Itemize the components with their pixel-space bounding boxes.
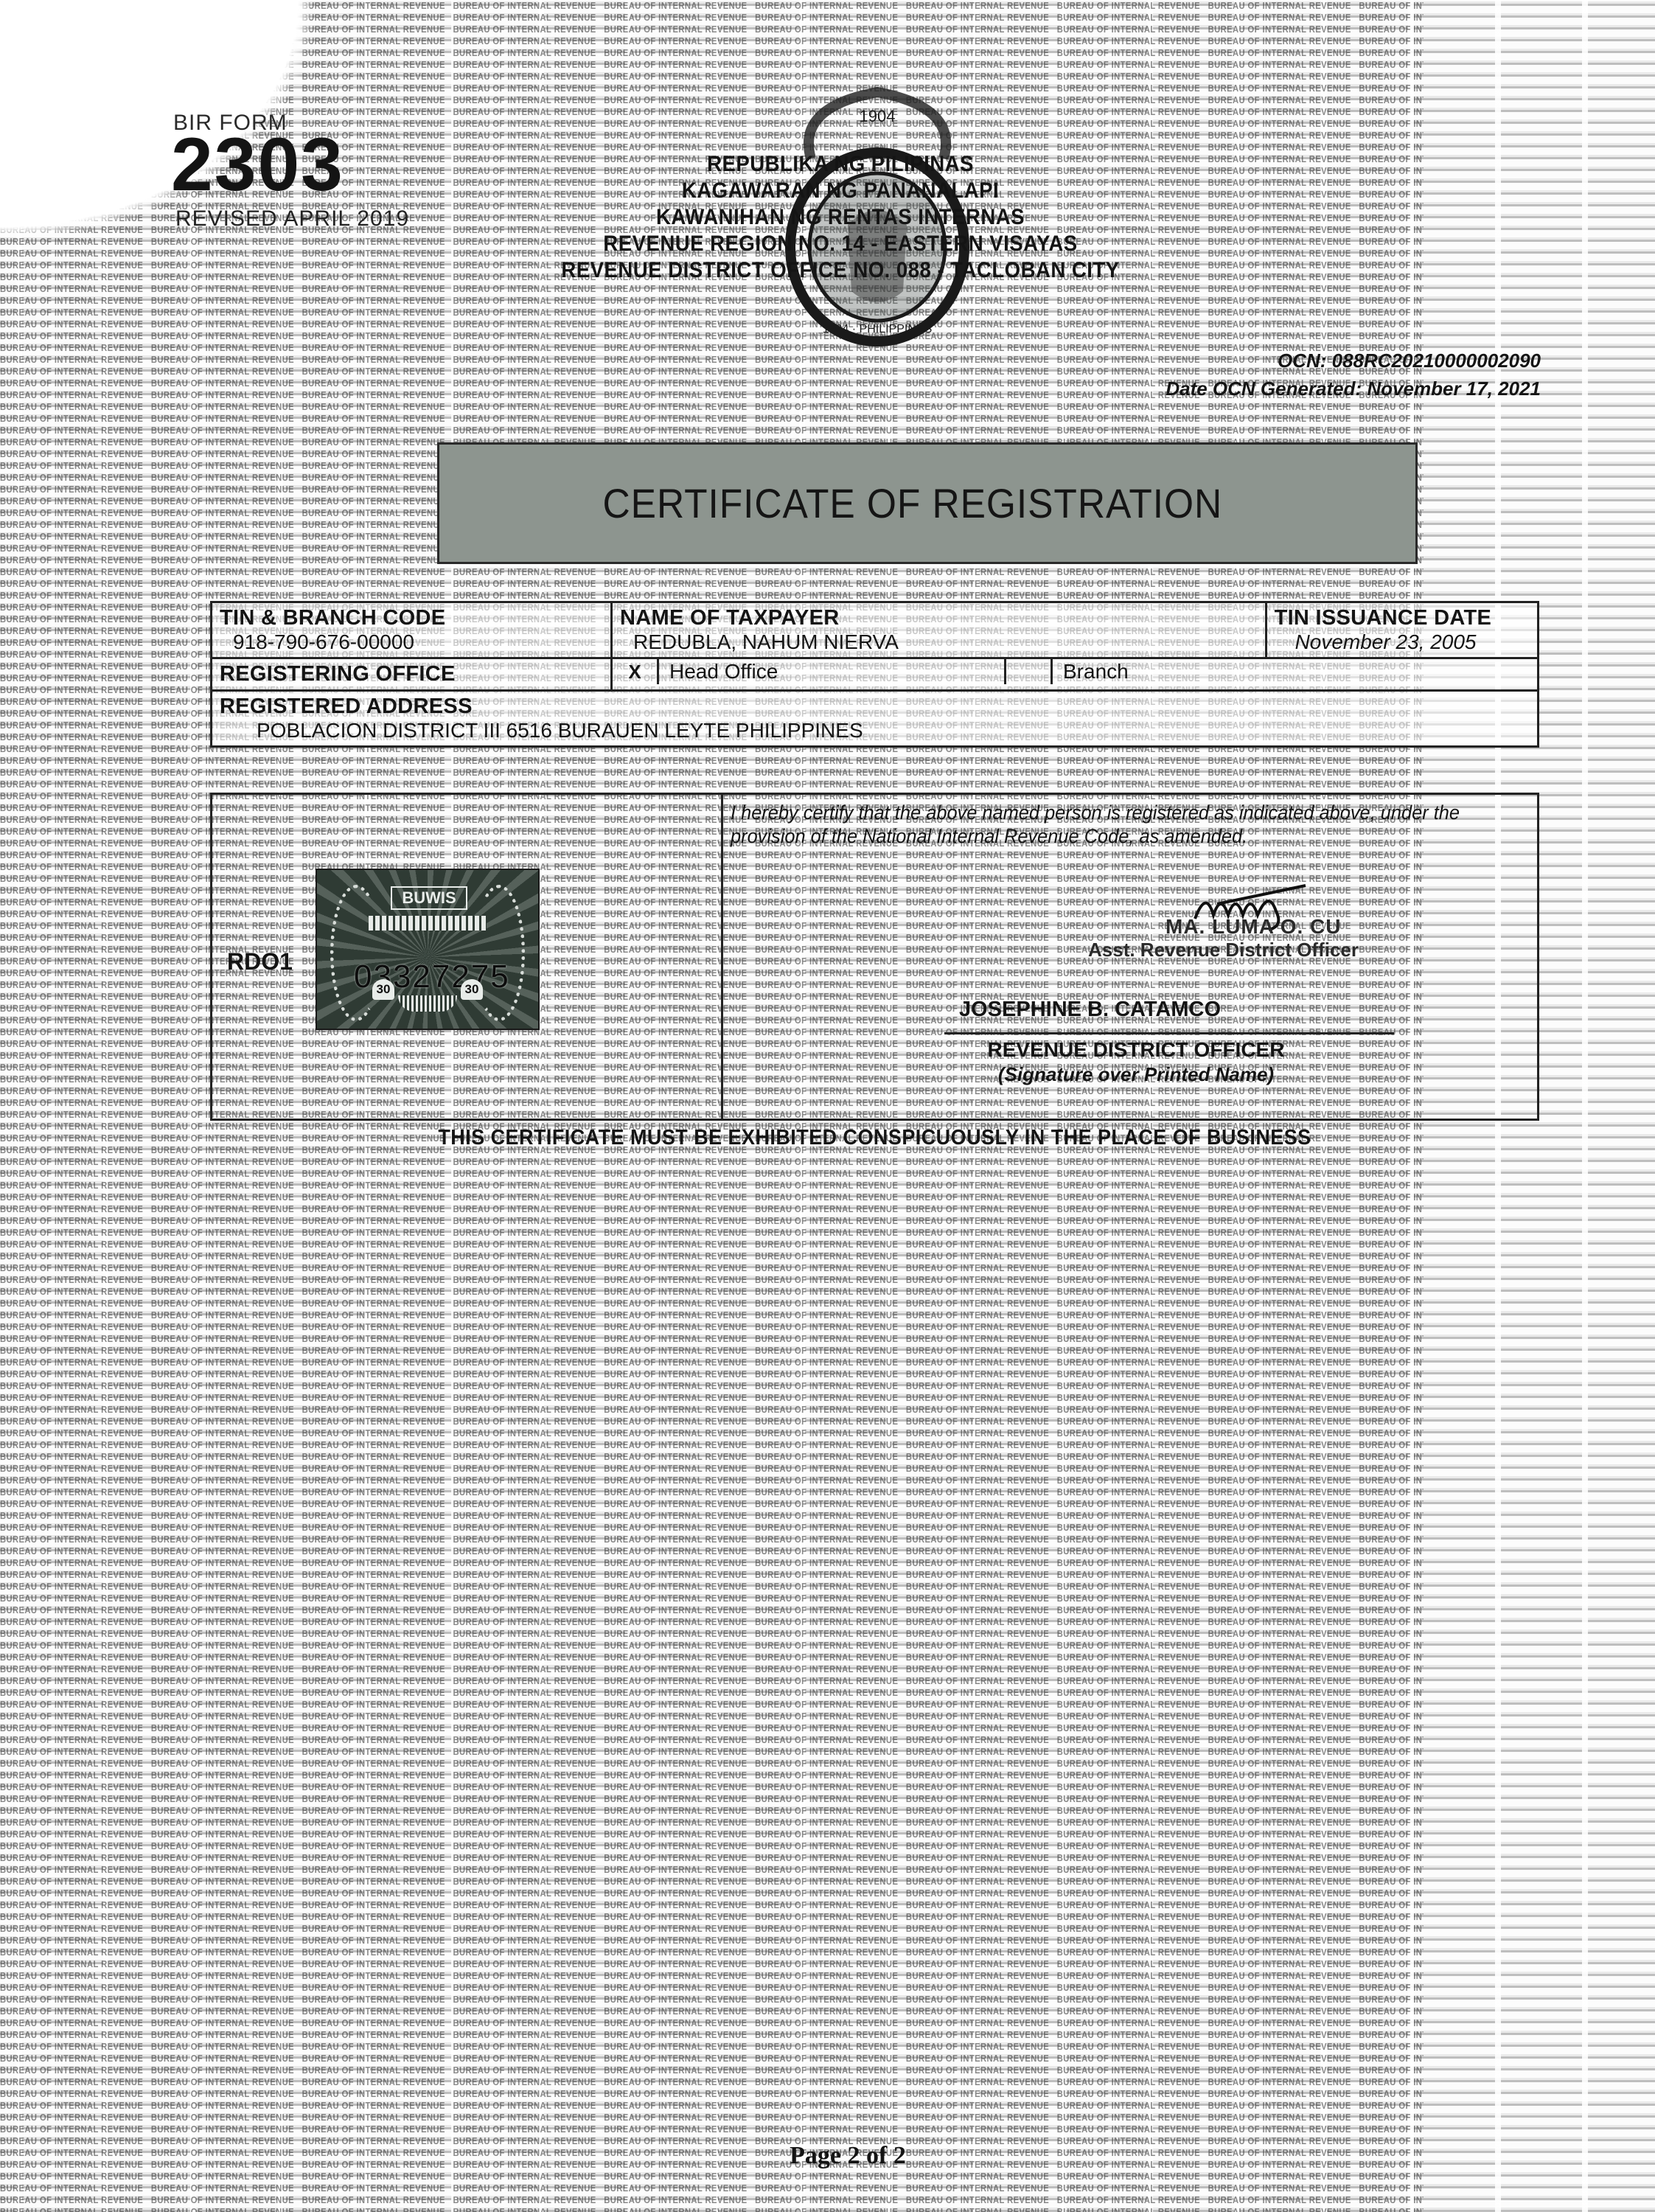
page-number: Page 2 of 2 bbox=[737, 2142, 958, 2170]
tin-label: TIN & BRANCH CODE bbox=[220, 606, 603, 630]
svg-text:1904: 1904 bbox=[860, 107, 896, 125]
stamp-denomination-right: 30 bbox=[461, 979, 483, 1000]
form-revised-date: REVISED APRIL 2019 bbox=[175, 206, 409, 232]
header-line: REVENUE REGION NO. 14 - EASTERN VISAYAS bbox=[501, 231, 1180, 257]
rdo-label: RDO1 bbox=[227, 948, 293, 975]
district-officer-name: JOSEPHINE B. CATAMCO bbox=[959, 998, 1221, 1022]
registering-office-label: REGISTERING OFFICE bbox=[220, 662, 603, 686]
certificate-title: CERTIFICATE OF REGISTRATION bbox=[603, 479, 1223, 527]
branch-label: Branch bbox=[1053, 660, 1139, 684]
taxpayer-name-cell: NAME OF TAXPAYER REDUBLA, NAHUM NIERVA bbox=[612, 602, 1266, 658]
agency-header: REPUBLIKA NG PILIPINAS KAGAWARAN NG PANA… bbox=[501, 151, 1180, 284]
taxpayer-name-label: NAME OF TAXPAYER bbox=[620, 606, 1258, 630]
exhibit-notice: THIS CERTIFICATE MUST BE EXHIBITED CONSP… bbox=[257, 1126, 1493, 1150]
district-officer-title: REVENUE DISTRICT OFFICER bbox=[944, 1038, 1328, 1062]
stamp-arc-right bbox=[473, 885, 525, 1021]
tin-cell: TIN & BRANCH CODE 918-790-676-00000 bbox=[212, 602, 612, 658]
tin-value: 918-790-676-00000 bbox=[220, 630, 603, 654]
certification-text: I hereby certify that the above named pe… bbox=[731, 801, 1479, 848]
ocn-block: OCN: 088RC20210000002090 Date OCN Genera… bbox=[1017, 347, 1541, 403]
registering-office-label-cell: REGISTERING OFFICE bbox=[212, 658, 612, 691]
form-number: 2303 bbox=[171, 127, 344, 202]
head-office-checkbox: X bbox=[613, 661, 657, 684]
svg-text:1904 · PHILIPPINES: 1904 · PHILIPPINES bbox=[823, 323, 933, 335]
stamp-scroll bbox=[398, 995, 457, 1012]
registering-office-options: X Head Office Branch bbox=[612, 658, 1539, 691]
header-line: KAGAWARAN NG PANANALAPI bbox=[501, 178, 1180, 204]
signature-note: (Signature over Printed Name) bbox=[944, 1063, 1328, 1086]
stamp-buwis-text: BUWIS bbox=[391, 886, 467, 910]
head-office-label: Head Office bbox=[659, 660, 1004, 684]
header-line: REVENUE DISTRICT OFFICE NO. 088 - TACLOB… bbox=[501, 257, 1180, 284]
ocn-label: OCN: bbox=[1278, 349, 1326, 372]
issuance-date-label: TIN ISSUANCE DATE bbox=[1275, 606, 1530, 630]
asst-officer-title: Asst. Revenue District Officer bbox=[1088, 939, 1359, 961]
header-line: REPUBLIKA NG PILIPINAS bbox=[501, 151, 1180, 178]
signature-line bbox=[944, 1032, 1394, 1034]
ocn-date-label: Date OCN Generated: bbox=[1166, 378, 1362, 400]
stamp-panel: RDO1 BUWIS 03327275 30 30 bbox=[212, 795, 723, 1119]
taxpayer-name-value: REDUBLA, NAHUM NIERVA bbox=[620, 630, 1258, 654]
stamp-denomination-left: 30 bbox=[372, 979, 394, 1000]
certification-box: RDO1 BUWIS 03327275 30 30 I hereby certi… bbox=[210, 793, 1539, 1121]
registered-address-label: REGISTERED ADDRESS bbox=[220, 695, 1530, 719]
issuance-date-value: November 23, 2005 bbox=[1275, 630, 1530, 654]
issuance-date-cell: TIN ISSUANCE DATE November 23, 2005 bbox=[1266, 602, 1538, 658]
documentary-stamp: BUWIS 03327275 30 30 bbox=[316, 869, 540, 1030]
certificate-title-bar: CERTIFICATE OF REGISTRATION bbox=[437, 442, 1418, 564]
ocn-date-value: November 17, 2021 bbox=[1367, 378, 1541, 400]
asst-officer-name: MA. LUMA O. CU bbox=[1166, 915, 1342, 939]
registered-address-value: POBLACION DISTRICT III 6516 BURAUEN LEYT… bbox=[220, 719, 1530, 742]
stamp-arc-left bbox=[330, 885, 382, 1021]
taxpayer-info-table: TIN & BRANCH CODE 918-790-676-00000 NAME… bbox=[210, 601, 1539, 748]
registered-address-cell: REGISTERED ADDRESS POBLACION DISTRICT II… bbox=[212, 691, 1539, 747]
header-line: KAWANIHAN NG RENTAS INTERNAS bbox=[501, 204, 1180, 231]
ocn-value: 088RC20210000002090 bbox=[1332, 349, 1541, 372]
stamp-band bbox=[369, 916, 487, 931]
certification-panel: I hereby certify that the above named pe… bbox=[723, 795, 1537, 1119]
